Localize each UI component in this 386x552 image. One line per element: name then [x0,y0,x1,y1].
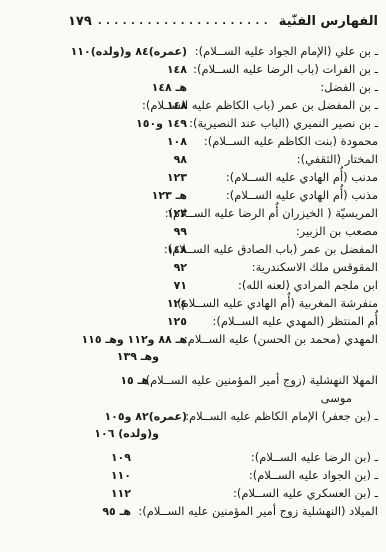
index-entry-text: المهدي (محمد بن الحسن) عليه الســلام: [187,330,378,348]
index-entry-pages: ١٢٣ [20,169,187,187]
index-entry-text: الميلاد (النهشلية زوج أمير المؤمنين عليه… [187,502,378,520]
index-entry-text: المفضل بن عمر (باب الصادق عليه الســلام)… [187,240,378,258]
index-entry-text: المختار (الثقفي): [187,150,378,168]
index-entry-pages: (عمره)٨٤ و(ولده)١١٠ [20,43,187,61]
index-row: المريسيّة ( الخيزران أُم الرضا عليه السـ… [20,204,378,222]
index-row: وهـ ١٣٩ [20,348,378,366]
book-page: الفهارس الفنّية ........................… [0,0,386,552]
index-row: المفضل بن عمر (باب الصادق عليه الســلام)… [20,240,378,258]
index-entry-pages: و(ولده) ١٠٦ [20,425,187,443]
index-entry-text: ـ (بن العسكري عليه الســلام): [187,484,378,502]
index-entry-pages: هـ ١٢٣ [20,187,187,205]
page-number: ١٧٩ [68,14,92,29]
index-row: المهدي (محمد بن الحسن) عليه الســلام: هـ… [20,330,378,348]
index-row: ابن ملجم المرادي (لعنه الله): ٧١ [20,276,378,294]
index-entry-pages: وهـ ١٣٩ [20,348,187,366]
index-entry-pages: ١٠٩ [20,449,187,467]
index-entry-text: مصعب بن الزبير: [187,222,378,240]
index-entry-text: ـ بن الفرات (باب الرضا عليه الســلام): [187,60,378,78]
index-row: ـ بن الفرات (باب الرضا عليه الســلام): ١… [20,60,378,78]
index-entry-pages: ١٢٥ [20,313,187,331]
index-entry-pages: هـ ٩٥ [20,503,187,521]
index-entry-text: ـ بن علي (الإمام الجواد عليه الســلام): [187,42,378,60]
index-list: ـ بن علي (الإمام الجواد عليه الســلام): … [0,29,386,520]
index-entry-text: المقوقس ملك الاسكندرية: [187,258,378,276]
index-row: أُم المنتظر (المهدي عليه الســلام): ١٢٥ [20,312,378,330]
index-entry-text: ـ بن الفضل: [187,78,378,96]
index-row: ـ (بن الجواد عليه الســلام): ١١٠ [20,466,378,484]
index-entry-pages: ١١٢ [20,485,187,503]
index-entry-pages: ٩٩ [20,223,187,241]
index-row: ـ بن علي (الإمام الجواد عليه الســلام): … [20,42,378,60]
index-entry-pages: ٩٢ [20,259,187,277]
index-entry-pages: ١٤٩ و١٥٠ [20,115,187,133]
index-entry-pages: ١١٠ [20,467,187,485]
index-entry-pages: ١٠٨ [20,133,187,151]
index-row: ـ (بن جعفر) الإمام الكاظم عليه الســلام:… [20,407,378,425]
index-entry-text: مذنب (أُم الهادي عليه الســلام): [187,186,378,204]
index-row: منفرشة المغربية (أُم الهادي عليه الســلا… [20,294,378,312]
index-entry-pages: هـ ١٥ [20,372,187,390]
index-row: مصعب بن الزبير: ٩٩ [20,222,378,240]
index-entry-pages: ١٤٨ [20,61,187,79]
index-entry-text: موسى [187,389,378,407]
index-row: موسى [20,389,378,407]
index-entry-pages: (عمره)٨٢ و١٠٥ [20,408,187,426]
index-entry-text: ابن ملجم المرادي (لعنه الله): [187,276,378,294]
index-entry-text: محمودة (بنت الكاظم عليه الســلام): [187,132,378,150]
index-entry-text: منفرشة المغربية (أُم الهادي عليه الســلا… [187,294,378,312]
index-entry-pages: ١٤٨ [20,97,187,115]
index-entry-text: مدنب (أُم الهادي عليه الســلام): [187,168,378,186]
index-row: ـ بن الفضل: هـ ١٤٨ [20,78,378,96]
index-entry-text: ـ بن المفضل بن عمر (باب الكاظم عليه السـ… [187,96,378,114]
index-row: محمودة (بنت الكاظم عليه الســلام): ١٠٨ [20,132,378,150]
index-row: و(ولده) ١٠٦ [20,425,378,443]
running-head: الفهارس الفنّية ........................… [0,0,386,29]
index-entry-text: المهلا النهشلية (زوج أمير المؤمنين عليه … [187,371,378,389]
index-row: المختار (الثقفي): ٩٨ [20,150,378,168]
index-row: ـ (بن العسكري عليه الســلام): ١١٢ [20,484,378,502]
index-row: مذنب (أُم الهادي عليه الســلام): هـ ١٢٣ [20,186,378,204]
index-row: ـ (بن الرضا عليه الســلام): ١٠٩ [20,448,378,466]
index-row: الميلاد (النهشلية زوج أمير المؤمنين عليه… [20,502,378,520]
index-entry-pages: ٧١ [20,277,187,295]
index-row: ـ بن نصير النميري (الباب عند النصيرية): … [20,114,378,132]
dot-leader: .......................... [98,16,273,27]
index-row: ـ بن المفضل بن عمر (باب الكاظم عليه السـ… [20,96,378,114]
index-row: المقوقس ملك الاسكندرية: ٩٢ [20,258,378,276]
index-row: المهلا النهشلية (زوج أمير المؤمنين عليه … [20,371,378,389]
index-entry-text: المريسيّة ( الخيزران أُم الرضا عليه السـ… [187,204,378,222]
index-row: مدنب (أُم الهادي عليه الســلام): ١٢٣ [20,168,378,186]
index-entry-text: ـ (بن الرضا عليه الســلام): [187,448,378,466]
index-entry-pages: هـ ١٤٨ [20,79,187,97]
index-entry-text: ـ بن نصير النميري (الباب عند النصيرية): [187,114,378,132]
index-entry-text: ـ (بن الجواد عليه الســلام): [187,466,378,484]
index-entry-pages: ١٢٤ [20,295,187,313]
index-entry-pages: ١٢٣ [20,205,187,223]
index-entry-pages: ٩٨ [20,151,187,169]
index-entry-text: ـ (بن جعفر) الإمام الكاظم عليه الســلام: [187,407,378,425]
index-entry-pages: هـ ٨٨ و١١٢ وهـ ١١٥ [20,331,187,349]
section-title: الفهارس الفنّية [279,14,378,29]
index-entry-pages: ١٤٨ [20,241,187,259]
index-entry-text: أُم المنتظر (المهدي عليه الســلام): [187,312,378,330]
